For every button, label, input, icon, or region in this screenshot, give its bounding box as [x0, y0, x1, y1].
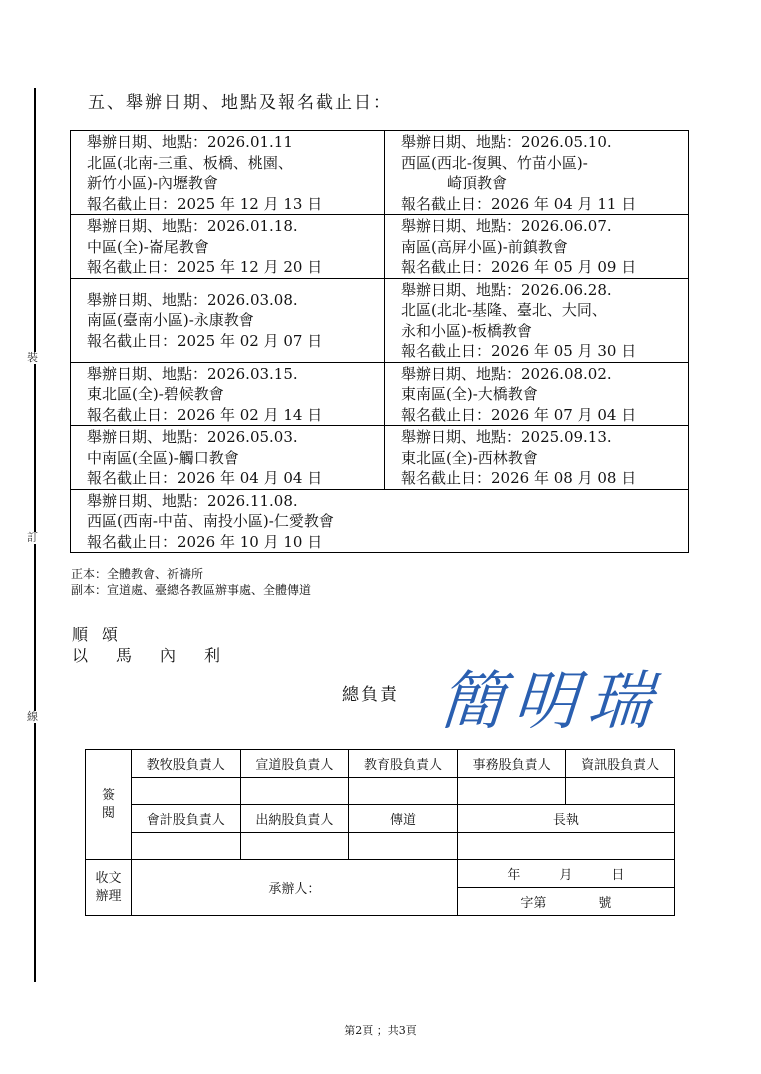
- receipt-label-line: 辦理: [86, 888, 131, 906]
- event-location: 中南區(全區)-觸口教會: [87, 448, 384, 469]
- table-row: 舉辦日期、地點：2026.05.03. 中南區(全區)-觸口教會 報名截止日：2…: [71, 426, 689, 490]
- event-date: 舉辦日期、地點：2026.05.03.: [87, 427, 384, 448]
- schedule-cell: 舉辦日期、地點：2026.05.10. 西區(西北-復興、竹苗小區)- 崎頂教會…: [385, 131, 689, 215]
- deadline: 報名截止日：2026 年 07 月 04 日: [401, 405, 688, 426]
- header-cell: 資訊股負責人: [566, 750, 675, 778]
- closing-char: 頌: [102, 624, 132, 645]
- deadline: 報名截止日：2026 年 05 月 09 日: [401, 257, 688, 278]
- schedule-cell: 舉辦日期、地點：2025.09.13. 東北區(全)-西林教會 報名截止日：20…: [385, 426, 689, 490]
- event-location: 北區(北北-基隆、臺北、大同、: [401, 300, 688, 321]
- signature-field[interactable]: [132, 778, 241, 805]
- schedule-cell: 舉辦日期、地點：2026.03.08. 南區(臺南小區)-永康教會 報名截止日：…: [71, 278, 385, 362]
- original-recipients: 正本：全體教會、祈禱所: [71, 566, 311, 582]
- header-cell: 教牧股負責人: [132, 750, 241, 778]
- signature-field[interactable]: [457, 778, 566, 805]
- schedule-cell: 舉辦日期、地點：2026.08.02. 東南區(全)-大橋教會 報名截止日：20…: [385, 362, 689, 426]
- signature-field[interactable]: [566, 778, 675, 805]
- header-cell: 宣道股負責人: [240, 750, 349, 778]
- table-row: 舉辦日期、地點：2026.01.11 北區(北南-三重、板橋、桃園、 新竹小區)…: [71, 131, 689, 215]
- table-row: [86, 778, 675, 805]
- event-date: 舉辦日期、地點：2026.03.08.: [87, 290, 384, 311]
- event-location: 永和小區)-板橋教會: [401, 321, 688, 342]
- event-date: 舉辦日期、地點：2026.01.11: [87, 132, 384, 153]
- receipt-label: 收文 辦理: [86, 860, 132, 916]
- closing-char: 順: [72, 624, 102, 645]
- review-label: 簽 閱: [86, 750, 132, 860]
- table-row: 舉辦日期、地點：2026.03.08. 南區(臺南小區)-永康教會 報名截止日：…: [71, 278, 689, 362]
- event-location: 南區(臺南小區)-永康教會: [87, 310, 384, 331]
- event-location: 東北區(全)-西林教會: [401, 448, 688, 469]
- schedule-cell: 舉辦日期、地點：2026.01.18. 中區(全)-崙尾教會 報名截止日：202…: [71, 215, 385, 279]
- deadline: 報名截止日：2026 年 10 月 10 日: [87, 532, 688, 553]
- closing-salutation: 順頌 以馬內利: [72, 624, 234, 666]
- schedule-cell: 舉辦日期、地點：2026.01.11 北區(北南-三重、板橋、桃園、 新竹小區)…: [71, 131, 385, 215]
- table-row: 簽 閱 教牧股負責人 宣道股負責人 教育股負責人 事務股負責人 資訊股負責人: [86, 750, 675, 778]
- deadline: 報名截止日：2026 年 04 月 04 日: [87, 468, 384, 489]
- event-location: 新竹小區)-內壢教會: [87, 173, 384, 194]
- copy-recipients: 副本：宣道處、臺總各教區辦事處、全體傳道: [71, 582, 311, 598]
- table-row: 舉辦日期、地點：2026.03.15. 東北區(全)-碧候教會 報名截止日：20…: [71, 362, 689, 426]
- closing-char: 馬: [116, 645, 160, 666]
- table-row: 收文 辦理 承辦人： 年 月 日: [86, 860, 675, 888]
- table-row: 會計股負責人 出納股負責人 傳道 長執: [86, 805, 675, 833]
- document-number-field[interactable]: 字第 號: [457, 888, 674, 916]
- header-cell: 傳道: [349, 805, 458, 833]
- event-date: 舉辦日期、地點：2026.06.07.: [401, 216, 688, 237]
- signature-field[interactable]: [240, 833, 349, 860]
- event-location: 北區(北南-三重、板橋、桃園、: [87, 153, 384, 174]
- closing-char: 利: [204, 645, 234, 666]
- page-footer: 第2頁 ；共3頁: [0, 1022, 761, 1038]
- signature-field[interactable]: [349, 778, 458, 805]
- event-date: 舉辦日期、地點：2026.11.08.: [87, 491, 688, 512]
- handler-field[interactable]: 承辦人：: [132, 860, 458, 916]
- signature-field[interactable]: [132, 833, 241, 860]
- event-location: 東南區(全)-大橋教會: [401, 384, 688, 405]
- event-date: 舉辦日期、地點：2026.08.02.: [401, 364, 688, 385]
- table-row: 舉辦日期、地點：2026.11.08. 西區(西南-中苗、南投小區)-仁愛教會 …: [71, 489, 689, 553]
- closing-char: 以: [72, 645, 116, 666]
- signature-field[interactable]: [457, 833, 674, 860]
- schedule-cell: 舉辦日期、地點：2026.03.15. 東北區(全)-碧候教會 報名截止日：20…: [71, 362, 385, 426]
- header-cell: 教育股負責人: [349, 750, 458, 778]
- event-location: 南區(高屏小區)-前鎮教會: [401, 237, 688, 258]
- table-row: [86, 833, 675, 860]
- binding-mark: 訂: [27, 532, 38, 544]
- schedule-cell: 舉辦日期、地點：2026.11.08. 西區(西南-中苗、南投小區)-仁愛教會 …: [71, 489, 689, 553]
- header-cell: 出納股負責人: [240, 805, 349, 833]
- header-cell: 事務股負責人: [457, 750, 566, 778]
- deadline: 報名截止日：2026 年 02 月 14 日: [87, 405, 384, 426]
- event-location: 中區(全)-崙尾教會: [87, 237, 384, 258]
- schedule-cell: 舉辦日期、地點：2026.05.03. 中南區(全區)-觸口教會 報名截止日：2…: [71, 426, 385, 490]
- receipt-label-line: 收文: [86, 870, 131, 888]
- binding-mark: 裝: [27, 352, 38, 364]
- event-location: 西區(西南-中苗、南投小區)-仁愛教會: [87, 511, 688, 532]
- event-date: 舉辦日期、地點：2026.03.15.: [87, 364, 384, 385]
- schedule-cell: 舉辦日期、地點：2026.06.28. 北區(北北-基隆、臺北、大同、 永和小區…: [385, 278, 689, 362]
- deadline: 報名截止日：2026 年 05 月 30 日: [401, 341, 688, 362]
- review-label-char: 簽: [86, 787, 131, 805]
- signer-title: 總負責: [342, 680, 399, 705]
- binding-mark: 線: [27, 711, 38, 723]
- deadline: 報名截止日：2025 年 02 月 07 日: [87, 331, 384, 352]
- schedule-cell: 舉辦日期、地點：2026.06.07. 南區(高屏小區)-前鎮教會 報名截止日：…: [385, 215, 689, 279]
- event-date: 舉辦日期、地點：2026.01.18.: [87, 216, 384, 237]
- table-row: 舉辦日期、地點：2026.01.18. 中區(全)-崙尾教會 報名截止日：202…: [71, 215, 689, 279]
- header-cell: 會計股負責人: [132, 805, 241, 833]
- signature-field[interactable]: [240, 778, 349, 805]
- event-location: 崎頂教會: [401, 173, 688, 194]
- event-date: 舉辦日期、地點：2026.05.10.: [401, 132, 688, 153]
- event-location: 東北區(全)-碧候教會: [87, 384, 384, 405]
- event-date: 舉辦日期、地點：2025.09.13.: [401, 427, 688, 448]
- deadline: 報名截止日：2025 年 12 月 20 日: [87, 257, 384, 278]
- review-label-char: 閱: [86, 805, 131, 823]
- date-field[interactable]: 年 月 日: [457, 860, 674, 888]
- deadline: 報名截止日：2026 年 04 月 11 日: [401, 194, 688, 215]
- event-location: 西區(西北-復興、竹苗小區)-: [401, 153, 688, 174]
- handwritten-signature: 簡明瑞: [437, 650, 665, 742]
- header-cell: 長執: [457, 805, 674, 833]
- deadline: 報名截止日：2025 年 12 月 13 日: [87, 194, 384, 215]
- distribution-list: 正本：全體教會、祈禱所 副本：宣道處、臺總各教區辦事處、全體傳道: [71, 566, 311, 598]
- section-title: 五、舉辦日期、地點及報名截止日：: [88, 88, 392, 113]
- event-date: 舉辦日期、地點：2026.06.28.: [401, 280, 688, 301]
- deadline: 報名截止日：2026 年 08 月 08 日: [401, 468, 688, 489]
- schedule-table: 舉辦日期、地點：2026.01.11 北區(北南-三重、板橋、桃園、 新竹小區)…: [70, 130, 689, 553]
- closing-char: 內: [160, 645, 204, 666]
- routing-table: 簽 閱 教牧股負責人 宣道股負責人 教育股負責人 事務股負責人 資訊股負責人 會…: [85, 749, 675, 916]
- signature-field[interactable]: [349, 833, 458, 860]
